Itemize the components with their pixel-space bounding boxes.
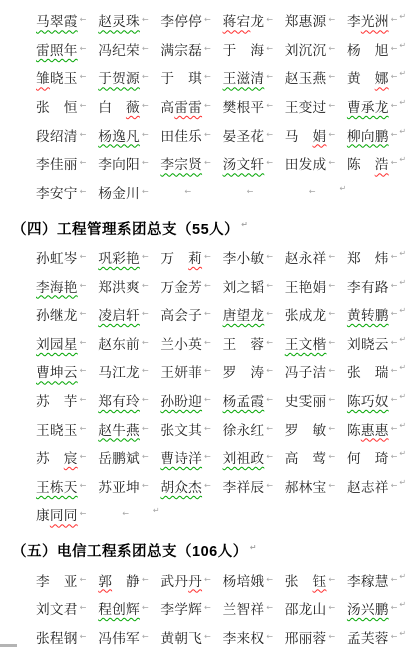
person-name: 王 蓉	[223, 333, 265, 353]
person-name: 张 瑞	[347, 361, 389, 381]
name-slot: 邢丽蓉←	[285, 627, 347, 647]
spellcheck-underline: 汤文轩	[223, 157, 265, 172]
spellcheck-underline: 王文楷	[285, 337, 327, 352]
tab-mark: ←	[266, 310, 273, 318]
tab-mark: ←	[204, 310, 211, 318]
tab-mark: ←	[266, 482, 273, 490]
tab-mark: ←	[266, 16, 273, 24]
tab-mark: ←	[80, 16, 87, 24]
tab-mark: ←	[391, 633, 398, 641]
name-slot: 李稼慧←↵	[347, 570, 409, 590]
tab-mark: ←	[204, 367, 211, 375]
tab-mark: ←	[122, 510, 129, 518]
empty-tab-slot: ←	[160, 188, 222, 196]
paragraph-mark: ↵	[339, 185, 346, 193]
spellcheck-underline: 杨逸凡	[98, 129, 140, 144]
name-row: 雏晓玉←于贺源←于 琪←王滋清←赵玉燕←黄 娜←↵	[0, 63, 417, 92]
tab-mark: ←	[328, 45, 335, 53]
name-slot: 巩彩艳←	[98, 247, 160, 267]
person-name: 凌启轩	[98, 304, 140, 324]
tab-mark: ←	[142, 425, 149, 433]
spellcheck-underline: 曹诗洋	[160, 451, 202, 466]
name-slot: 万 莉←	[160, 247, 222, 267]
name-slot: 李光洲←↵	[347, 10, 409, 30]
name-slot: 孙虹岑←	[36, 247, 98, 267]
tab-mark: ←	[142, 482, 149, 490]
person-name: 徐永红	[223, 419, 265, 439]
person-name: 杨 旭	[347, 39, 389, 59]
paragraph-mark: ↵	[399, 128, 406, 136]
tab-mark: ←	[142, 16, 149, 24]
name-slot: 杨 旭←↵	[347, 39, 409, 59]
paragraph-mark: ↵	[399, 422, 406, 430]
tab-mark: ←	[391, 253, 398, 261]
tab-mark: ←	[142, 396, 149, 404]
spellcheck-underline: 汤兴鹏	[347, 602, 389, 617]
person-name: 郑洪爽	[98, 276, 140, 296]
person-name: 陈 浩	[347, 153, 389, 173]
person-name: 李 亚	[36, 570, 78, 590]
paragraph-mark: ↵	[399, 479, 406, 487]
tab-mark: ←	[204, 576, 211, 584]
name-slot: 苏 芋←	[36, 390, 98, 410]
name-row: 王栋天←苏亚坤←胡众杰←李祥辰←郝林宝←赵志祥←↵	[0, 472, 417, 501]
person-name: 马 娟	[285, 125, 327, 145]
person-name: 李佳丽	[36, 153, 78, 173]
section-5-heading: （五）电信工程系团总支（106人） ↵	[0, 537, 417, 566]
person-name: 于 琪	[160, 67, 202, 87]
name-slot: 李 亚←	[36, 570, 98, 590]
tab-mark: ←	[328, 367, 335, 375]
spellcheck-underline: 王滋清	[223, 71, 265, 86]
paragraph-mark: ↵	[399, 70, 406, 78]
person-name: 程创辉	[98, 598, 140, 618]
person-name: 王晓玉	[36, 419, 78, 439]
spellcheck-underline: 钰	[313, 574, 327, 589]
empty-tab-slot: ←	[223, 188, 285, 196]
tab-mark: ←	[204, 482, 211, 490]
tab-mark: ←	[142, 339, 149, 347]
name-slot: 张程钢←	[36, 627, 98, 647]
person-name: 高雷雷	[160, 96, 202, 116]
section-4-name-rows: 孙虹岑←巩彩艳←万 莉←李小敏←赵永祥←郑 炜←↵李海艳←郑洪爽←万金芳←刘之韬…	[0, 243, 417, 529]
name-slot: 史雯丽←	[285, 390, 347, 410]
name-row: 李佳丽←李向阳←李宗贤←汤文轩←田发成←陈 浩←↵	[0, 149, 417, 178]
person-name: 杨孟霞	[223, 390, 265, 410]
paragraph-mark: ↵	[399, 307, 406, 315]
name-slot: 李佳丽←	[36, 153, 98, 173]
tab-mark: ←	[142, 453, 149, 461]
person-name: 邵龙山	[285, 598, 327, 618]
paragraph-mark: ↵	[399, 601, 406, 609]
name-slot: 郑惠源←	[285, 10, 347, 30]
name-slot: 兰智祥←	[223, 598, 285, 618]
tab-mark: ←	[391, 102, 398, 110]
paragraph-mark: ↵	[399, 630, 406, 638]
name-slot: 刘园星←	[36, 333, 98, 353]
horizontal-scrollbar-thumb[interactable]	[0, 644, 17, 647]
person-name: 李停停	[160, 10, 202, 30]
tab-mark: ←	[204, 396, 211, 404]
name-slot: 王艳娟←	[285, 276, 347, 296]
paragraph-mark: ↵	[250, 544, 257, 552]
tab-mark: ←	[391, 339, 398, 347]
person-name: 何 琦	[347, 447, 389, 467]
person-name: 雷照年	[36, 39, 78, 59]
tab-mark: ←	[204, 633, 211, 641]
section-5-heading-text: （五）电信工程系团总支（106人）	[12, 540, 248, 561]
tab-mark: ←	[80, 159, 87, 167]
tab-mark: ←	[142, 73, 149, 81]
person-name: 康同同	[36, 504, 78, 524]
tab-mark: ←	[204, 604, 211, 612]
spellcheck-underline: 丹	[188, 574, 202, 589]
paragraph-mark: ↵	[153, 507, 160, 515]
tab-mark: ←	[142, 45, 149, 53]
name-slot: 李向阳←	[98, 153, 160, 173]
person-name: 晏圣花	[223, 125, 265, 145]
tab-mark: ←	[80, 188, 87, 196]
name-slot: 杨孟霞←	[223, 390, 285, 410]
person-name: 罗 涛	[223, 361, 265, 381]
person-name: 白 薇	[98, 96, 140, 116]
tab-mark: ←	[142, 576, 149, 584]
tab-mark: ←	[328, 396, 335, 404]
tab-mark: ←	[391, 159, 398, 167]
person-name: 刘祖政	[223, 447, 265, 467]
name-row: 李安宁←杨金川←←←←↵	[0, 178, 417, 207]
person-name: 王妍菲	[160, 361, 202, 381]
paragraph-mark: ↵	[399, 13, 406, 21]
paragraph-mark: ↵	[399, 393, 406, 401]
person-name: 张 恒	[36, 96, 78, 116]
tab-mark: ←	[328, 102, 335, 110]
name-row: 张 恒←白 薇←高雷雷←樊根平←王变过←曹承龙←↵	[0, 92, 417, 121]
spellcheck-underline: 凌启轩	[98, 308, 140, 323]
name-slot: 刘文君←	[36, 598, 98, 618]
name-slot: 李宗贤←	[160, 153, 222, 173]
tab-mark: ←	[142, 282, 149, 290]
person-name: 刘沉沉	[285, 39, 327, 59]
tab-mark: ←	[142, 159, 149, 167]
person-name: 苏 宸	[36, 447, 78, 467]
tab-mark: ←	[80, 339, 87, 347]
section-3-name-rows: 马翠霞←赵灵珠←李停停←蒋宕龙←郑惠源←李光洲←↵雷照年←冯纪荣←满宗磊←于 海…	[0, 6, 417, 206]
spellcheck-underline: 于贺源	[98, 71, 140, 86]
paragraph-mark: ↵	[399, 156, 406, 164]
person-name: 赵玉燕	[285, 67, 327, 87]
tab-mark: ←	[184, 188, 191, 196]
name-slot: 雷照年←	[36, 39, 98, 59]
tab-mark: ←	[204, 45, 211, 53]
person-name: 黄朝飞	[160, 627, 202, 647]
tab-mark: ←	[142, 367, 149, 375]
person-name: 赵灵珠	[98, 10, 140, 30]
spellcheck-underline: 刘园星	[36, 337, 78, 352]
tab-mark: ←	[142, 188, 149, 196]
spellcheck-underline: 孙盼迎	[160, 394, 202, 409]
person-name: 罗 敏	[285, 419, 327, 439]
name-row: 李 亚←郭 静←武丹丹←杨培娥←张 钰←李稼慧←↵	[0, 565, 417, 594]
tab-mark: ←	[142, 633, 149, 641]
name-slot: 刘祖政←	[223, 447, 285, 467]
spellcheck-underline: 王栋天	[36, 480, 78, 495]
person-name: 王栋天	[36, 476, 78, 496]
person-name: 张 钰	[285, 570, 327, 590]
paragraph-mark: ↵	[241, 221, 248, 229]
person-name: 张程钢	[36, 627, 78, 647]
tab-mark: ←	[266, 73, 273, 81]
name-row: 李海艳←郑洪爽←万金芳←刘之韬←王艳娟←李有路←↵	[0, 271, 417, 300]
section-4-heading-text: （四）工程管理系团总支（55人）	[12, 218, 239, 239]
name-slot: 郑 炜←↵	[347, 247, 409, 267]
name-slot: 赵灵珠←	[98, 10, 160, 30]
name-slot: 于 海←	[223, 39, 285, 59]
person-name: 郑 炜	[347, 247, 389, 267]
spellcheck-underline: 马翠霞	[36, 14, 78, 29]
tab-mark: ←	[80, 510, 87, 518]
name-slot: 张文其←	[160, 419, 222, 439]
person-name: 杨培娥	[223, 570, 265, 590]
spellcheck-underline: 同同	[50, 508, 78, 523]
name-slot: 王晓玉←	[36, 419, 98, 439]
name-slot: 邵龙山←	[285, 598, 347, 618]
name-slot: 冯伟军←	[98, 627, 160, 647]
name-slot: 段绍清←	[36, 125, 98, 145]
tab-mark: ←	[266, 453, 273, 461]
person-name: 孙盼迎	[160, 390, 202, 410]
name-slot: 黄 娜←↵	[347, 67, 409, 87]
name-slot: 李祥辰←	[223, 476, 285, 496]
name-row: 孙继龙←凌启轩←高会子←唐望龙←张成龙←黄转鹏←↵	[0, 300, 417, 329]
person-name: 巩彩艳	[98, 247, 140, 267]
name-slot: 高会子←	[160, 304, 222, 324]
name-slot: 张 瑞←↵	[347, 361, 409, 381]
tab-mark: ←	[80, 310, 87, 318]
name-slot: 康同同←	[36, 504, 98, 524]
person-name: 兰小英	[160, 333, 202, 353]
person-name: 张文其	[160, 419, 202, 439]
name-slot: 冯子洁←	[285, 361, 347, 381]
tab-mark: ←	[328, 482, 335, 490]
tab-mark: ←	[80, 576, 87, 584]
name-slot: 胡众杰←	[160, 476, 222, 496]
name-slot: 李海艳←	[36, 276, 98, 296]
name-row: 苏 宸←岳鹏斌←曹诗洋←刘祖政←高 莺←何 琦←↵	[0, 443, 417, 472]
person-name: 赵东前	[98, 333, 140, 353]
name-slot: 赵牛燕←	[98, 419, 160, 439]
tab-mark: ←	[391, 482, 398, 490]
name-slot: 冯纪荣←	[98, 39, 160, 59]
tab-mark: ←	[80, 102, 87, 110]
person-name: 杨金川	[98, 182, 140, 202]
name-slot: 郭 静←	[98, 570, 160, 590]
tab-mark: ←	[266, 396, 273, 404]
tab-mark: ←	[142, 131, 149, 139]
tab-mark: ←	[204, 282, 211, 290]
tab-mark: ←	[328, 339, 335, 347]
tab-mark: ←	[266, 159, 273, 167]
name-row: 张程钢←冯伟军←黄朝飞←李来权←邢丽蓉←孟芙蓉←↵	[0, 622, 417, 650]
person-name: 郑惠源	[285, 10, 327, 30]
paragraph-mark: ↵	[399, 336, 406, 344]
paragraph-mark: ↵	[399, 364, 406, 372]
tab-mark: ←	[266, 425, 273, 433]
person-name: 孙虹岑	[36, 247, 78, 267]
person-name: 田佳乐	[160, 125, 202, 145]
person-name: 满宗磊	[160, 39, 202, 59]
tab-mark: ←	[204, 339, 211, 347]
spellcheck-underline: 巩彩艳	[98, 251, 140, 266]
tab-mark: ←	[204, 159, 211, 167]
tab-mark: ←	[266, 339, 273, 347]
person-name: 田发成	[285, 153, 327, 173]
person-name: 李安宁	[36, 182, 78, 202]
tab-mark: ←	[204, 425, 211, 433]
tab-mark: ←	[142, 604, 149, 612]
name-slot: 田发成←	[285, 153, 347, 173]
person-name: 苏 芋	[36, 390, 78, 410]
tab-mark: ←	[204, 253, 211, 261]
name-slot: 唐望龙←	[223, 304, 285, 324]
tab-mark: ←	[80, 482, 87, 490]
name-slot: 蒋宕龙←	[223, 10, 285, 30]
tab-mark: ←	[142, 310, 149, 318]
person-name: 赵牛燕	[98, 419, 140, 439]
person-name: 李小敏	[223, 247, 265, 267]
name-slot: 高雷雷←	[160, 96, 222, 116]
tab-mark: ←	[328, 16, 335, 24]
name-slot: 张 钰←	[285, 570, 347, 590]
spellcheck-underline: 柳向鹏	[347, 129, 389, 144]
name-row: 雷照年←冯纪荣←满宗磊←于 海←刘沉沉←杨 旭←↵	[0, 35, 417, 64]
spellcheck-underline: 郑有玲	[98, 394, 140, 409]
name-row: 苏 芋←郑有玲←孙盼迎←杨孟霞←史雯丽←陈巧奴←↵	[0, 386, 417, 415]
person-name: 万金芳	[160, 276, 202, 296]
spellcheck-underline: 曹坤云	[36, 365, 78, 380]
spellcheck-underline: 陈巧奴	[347, 394, 389, 409]
person-name: 李宗贤	[160, 153, 202, 173]
spellcheck-underline: 莉	[188, 251, 202, 266]
tab-mark: ←	[328, 282, 335, 290]
name-slot: 于贺源←	[98, 67, 160, 87]
spellcheck-underline: 黄转鹏	[347, 308, 389, 323]
person-name: 刘晓云	[347, 333, 389, 353]
name-slot: 马 娟←	[285, 125, 347, 145]
paragraph-mark: ↵	[399, 99, 406, 107]
name-slot: 柳向鹏←↵	[347, 125, 409, 145]
spellcheck-underline: 曹承龙	[347, 100, 389, 115]
person-name: 刘之韬	[223, 276, 265, 296]
person-name: 李来权	[223, 627, 265, 647]
name-row: 段绍清←杨逸凡←田佳乐←晏圣花←马 娟←柳向鹏←↵	[0, 120, 417, 149]
name-slot: 晏圣花←	[223, 125, 285, 145]
name-slot: 王滋清←	[223, 67, 285, 87]
name-slot: 王栋天←	[36, 476, 98, 496]
name-slot: 马翠霞←	[36, 10, 98, 30]
spellcheck-underline: 雷雷	[174, 100, 202, 115]
tab-mark: ←	[266, 253, 273, 261]
name-slot: 刘沉沉←	[285, 39, 347, 59]
tab-mark: ←	[328, 253, 335, 261]
spellcheck-underline: 蒋宕	[223, 14, 251, 29]
tab-mark: ←	[328, 453, 335, 461]
person-name: 冯伟军	[98, 627, 140, 647]
name-row: 王晓玉←赵牛燕←张文其←徐永红←罗 敏←陈惠惠←↵	[0, 414, 417, 443]
tab-mark: ←	[80, 367, 87, 375]
name-slot: 凌启轩←	[98, 304, 160, 324]
person-name: 唐望龙	[223, 304, 265, 324]
person-name: 曹诗洋	[160, 447, 202, 467]
person-name: 岳鹏斌	[98, 447, 140, 467]
name-slot: 孙继龙←	[36, 304, 98, 324]
spellcheck-underline: 雷照年	[36, 43, 78, 58]
tab-mark: ←	[328, 159, 335, 167]
tab-mark: ←	[328, 576, 335, 584]
person-name: 冯子洁	[285, 361, 327, 381]
name-slot: 李有路←↵	[347, 276, 409, 296]
person-name: 刘文君	[36, 598, 78, 618]
spellcheck-underline: 浩	[375, 157, 389, 172]
tab-mark: ←	[80, 425, 87, 433]
spellcheck-underline: 程创辉	[98, 602, 140, 617]
name-slot: 杨培娥←	[223, 570, 285, 590]
tab-mark: ←	[204, 16, 211, 24]
person-name: 李向阳	[98, 153, 140, 173]
name-slot: 武丹丹←	[160, 570, 222, 590]
name-slot: 王文楷←	[285, 333, 347, 353]
person-name: 冯纪荣	[98, 39, 140, 59]
name-slot: 王变过←	[285, 96, 347, 116]
name-slot: 高 莺←	[285, 447, 347, 467]
name-slot: 赵玉燕←	[285, 67, 347, 87]
tab-mark: ←	[80, 253, 87, 261]
name-slot: 李安宁←	[36, 182, 98, 202]
section-4-heading: （四）工程管理系团总支（55人） ↵	[0, 214, 417, 243]
name-slot: 汤兴鹏←↵	[347, 598, 409, 618]
tab-mark: ←	[80, 396, 87, 404]
tab-mark: ←	[391, 367, 398, 375]
person-name: 王艳娟	[285, 276, 327, 296]
name-row: 刘文君←程创辉←李学辉←兰智祥←邵龙山←汤兴鹏←↵	[0, 594, 417, 623]
empty-tab-slot: ←↵	[285, 188, 347, 196]
person-name: 刘园星	[36, 333, 78, 353]
section-5-name-rows: 李 亚←郭 静←武丹丹←杨培娥←张 钰←李稼慧←↵刘文君←程创辉←李学辉←兰智祥…	[0, 565, 417, 650]
person-name: 马翠霞	[36, 10, 78, 30]
spellcheck-underline: 宸	[64, 451, 78, 466]
tab-mark: ←	[328, 310, 335, 318]
name-slot: 苏亚坤←	[98, 476, 160, 496]
name-slot: 赵永祥←	[285, 247, 347, 267]
name-slot: 兰小英←	[160, 333, 222, 353]
name-slot: 孟芙蓉←↵	[347, 627, 409, 647]
person-name: 雏晓玉	[36, 67, 78, 87]
person-name: 李光洲	[347, 10, 389, 30]
name-row: 曹坤云←马江龙←王妍菲←罗 涛←冯子洁←张 瑞←↵	[0, 357, 417, 386]
name-slot: 陈惠惠←↵	[347, 419, 409, 439]
name-slot: 刘之韬←	[223, 276, 285, 296]
name-slot: 于 琪←	[160, 67, 222, 87]
person-name: 陈巧奴	[347, 390, 389, 410]
name-slot: 李停停←	[160, 10, 222, 30]
person-name: 黄转鹏	[347, 304, 389, 324]
name-slot: 雏晓玉←	[36, 67, 98, 87]
spellcheck-underline: 娟	[313, 129, 327, 144]
tab-mark: ←	[309, 188, 316, 196]
person-name: 兰智祥	[223, 598, 265, 618]
name-slot: 徐永红←	[223, 419, 285, 439]
name-slot: 张成龙←	[285, 304, 347, 324]
